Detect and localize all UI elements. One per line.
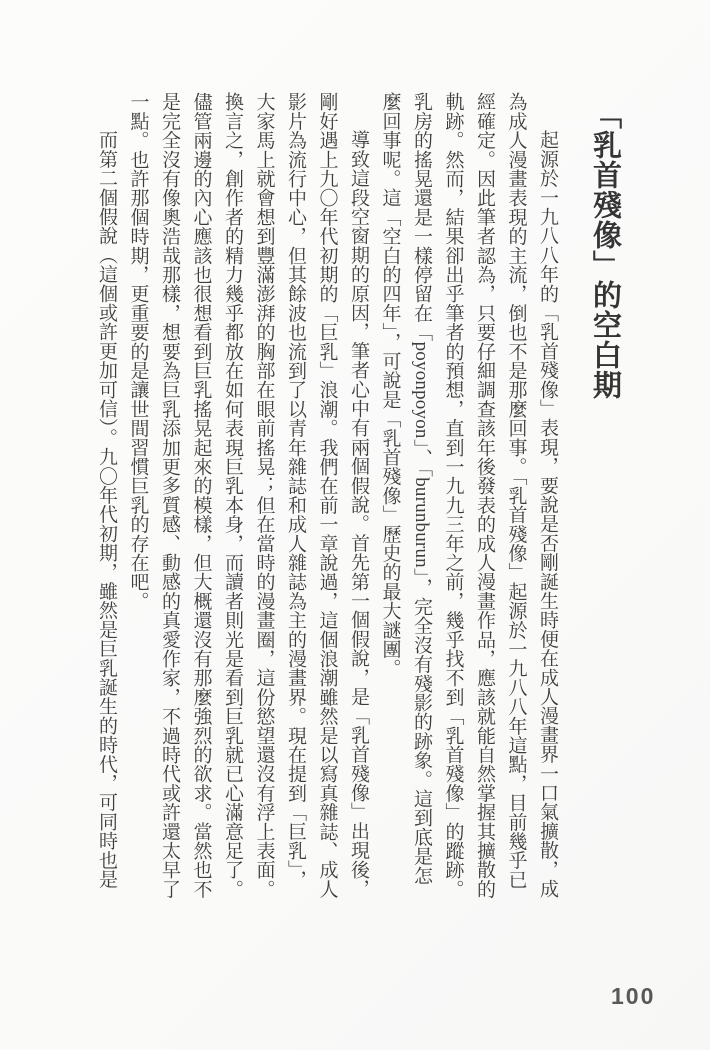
page-number: 100 xyxy=(611,983,655,1010)
body-paragraph-1: 起源於一九八八年的「乳首殘像」表現，要說是否剛誕生時便在成人漫畫界一口氣擴散，成… xyxy=(374,92,563,902)
body-paragraph-2: 導致這段空窗期的原因，筆者心中有兩個假說。首先第一個假說，是「乳首殘像」出現後，… xyxy=(122,92,374,902)
body-paragraph-3: 而第二個假說（這個或許更加可信）。九〇年代初期，雖然是巨乳誕生的時代，可同時也是 xyxy=(91,92,123,902)
chapter-title: 「乳首殘像」的空白期 xyxy=(588,92,622,902)
vertical-text-block: 「乳首殘像」的空白期 起源於一九八八年的「乳首殘像」表現，要說是否剛誕生時便在成… xyxy=(91,92,623,902)
book-page: 「乳首殘像」的空白期 起源於一九八八年的「乳首殘像」表現，要說是否剛誕生時便在成… xyxy=(0,0,710,1050)
